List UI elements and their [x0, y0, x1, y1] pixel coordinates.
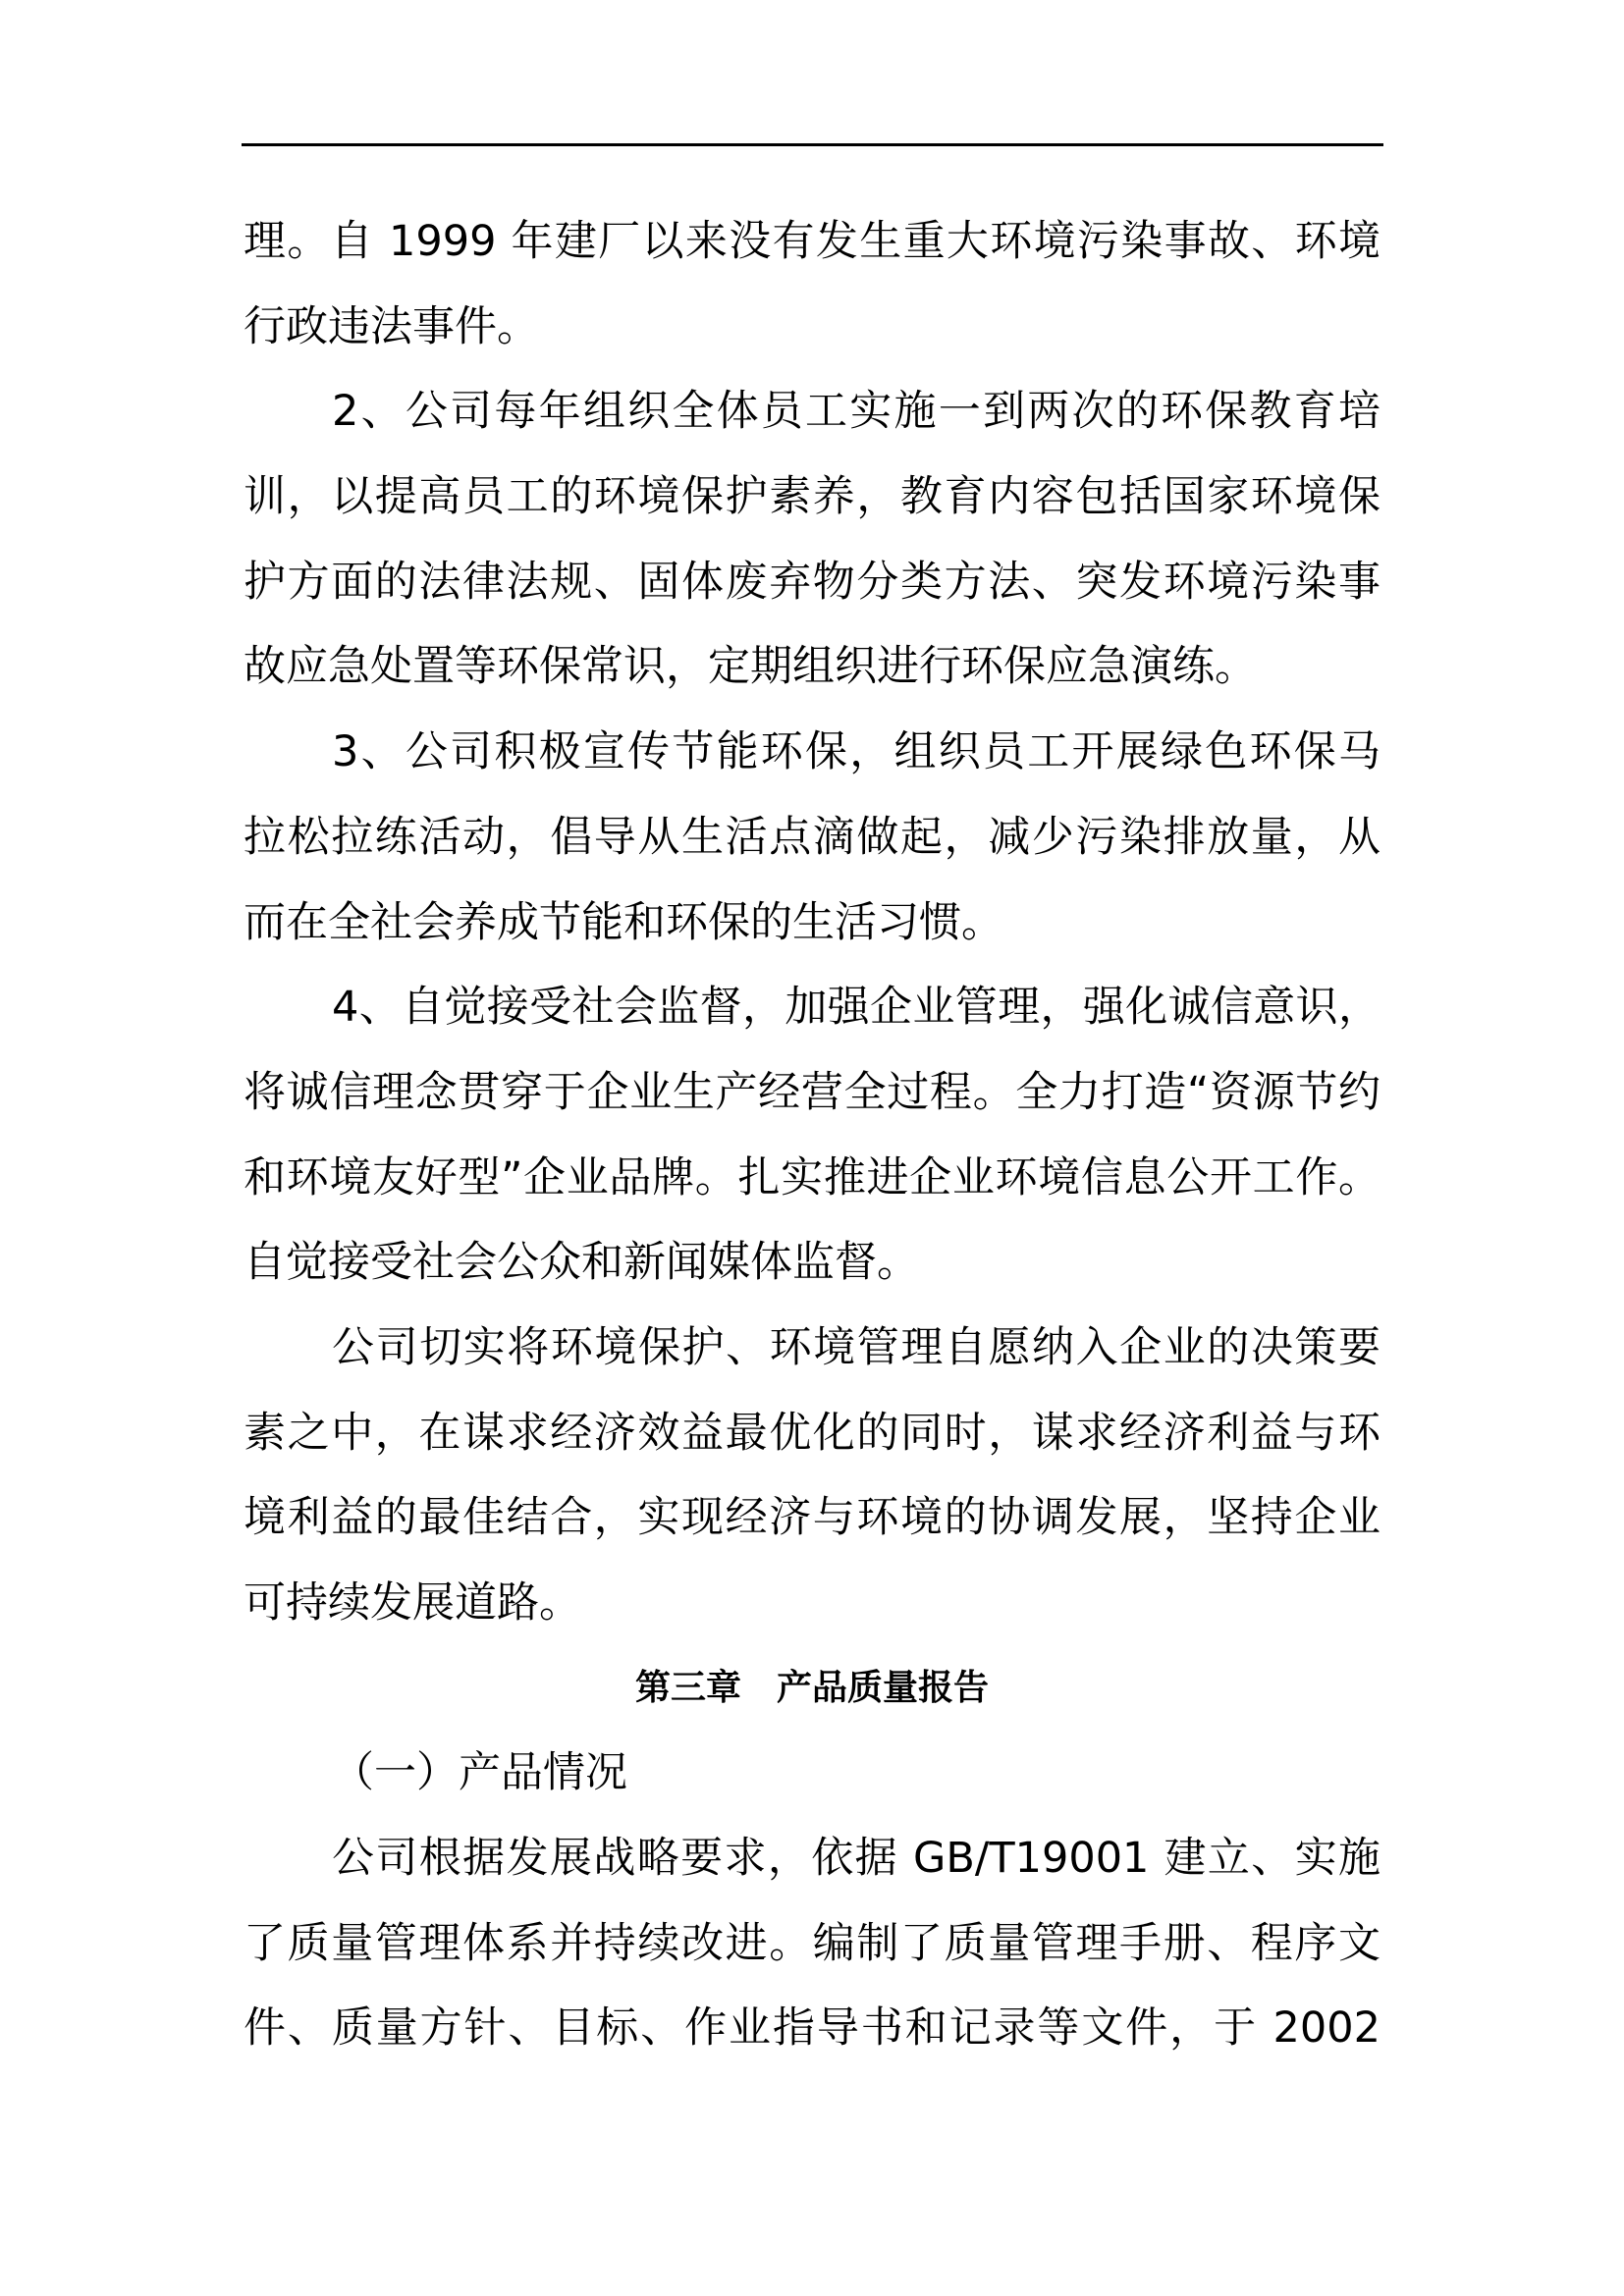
- paragraph-line: 护方面的法律法规、固体废弃物分类方法、突发环境污染事: [244, 540, 1380, 625]
- summary-paragraph-line: 公司切实将环境保护、环境管理自愿纳入企业的决策要: [244, 1306, 1380, 1391]
- paragraph-line: 自觉接受社会公众和新闻媒体监督。: [244, 1220, 1380, 1306]
- paragraph-line: 理。自 1999 年建厂以来没有发生重大环境污染事故、环境: [244, 199, 1380, 285]
- list-item-2-line: 2、公司每年组织全体员工实施一到两次的环保教育培: [244, 369, 1380, 454]
- paragraph-line: 训，以提高员工的环境保护素养，教育内容包括国家环境保: [244, 454, 1380, 540]
- list-item-4-line: 4、自觉接受社会监督，加强企业管理，强化诚信意识，: [244, 965, 1380, 1050]
- paragraph-line: 而在全社会养成节能和环保的生活习惯。: [244, 881, 1380, 966]
- paragraph-line: 可持续发展道路。: [244, 1561, 1380, 1646]
- paragraph-line: 素之中，在谋求经济效益最优化的同时，谋求经济利益与环: [244, 1391, 1380, 1476]
- paragraph-line: 和环境友好型”企业品牌。扎实推进企业环境信息公开工作。: [244, 1136, 1380, 1221]
- document-body: 理。自 1999 年建厂以来没有发生重大环境污染事故、环境 行政违法事件。 2、…: [244, 199, 1380, 2071]
- quality-paragraph-line: 公司根据发展战略要求，依据 GB/T19001 建立、实施: [244, 1816, 1380, 1901]
- paragraph-line: 件、质量方针、目标、作业指导书和记录等文件，于 2002: [244, 1986, 1380, 2071]
- paragraph-line: 境利益的最佳结合，实现经济与环境的协调发展，坚持企业: [244, 1475, 1380, 1561]
- section-heading: （一）产品情况: [244, 1731, 1380, 1816]
- paragraph-line: 将诚信理念贯穿于企业生产经营全过程。全力打造“资源节约: [244, 1050, 1380, 1136]
- paragraph-line: 拉松拉练活动，倡导从生活点滴做起，减少污染排放量，从: [244, 795, 1380, 881]
- paragraph-line: 故应急处置等环保常识，定期组织进行环保应急演练。: [244, 624, 1380, 710]
- paragraph-line: 行政违法事件。: [244, 285, 1380, 370]
- chapter-heading: 第三章 产品质量报告: [244, 1646, 1380, 1732]
- list-item-3-line: 3、公司积极宣传节能环保，组织员工开展绿色环保马: [244, 710, 1380, 795]
- paragraph-line: 了质量管理体系并持续改进。编制了质量管理手册、程序文: [244, 1901, 1380, 1987]
- header-rule: [242, 143, 1383, 146]
